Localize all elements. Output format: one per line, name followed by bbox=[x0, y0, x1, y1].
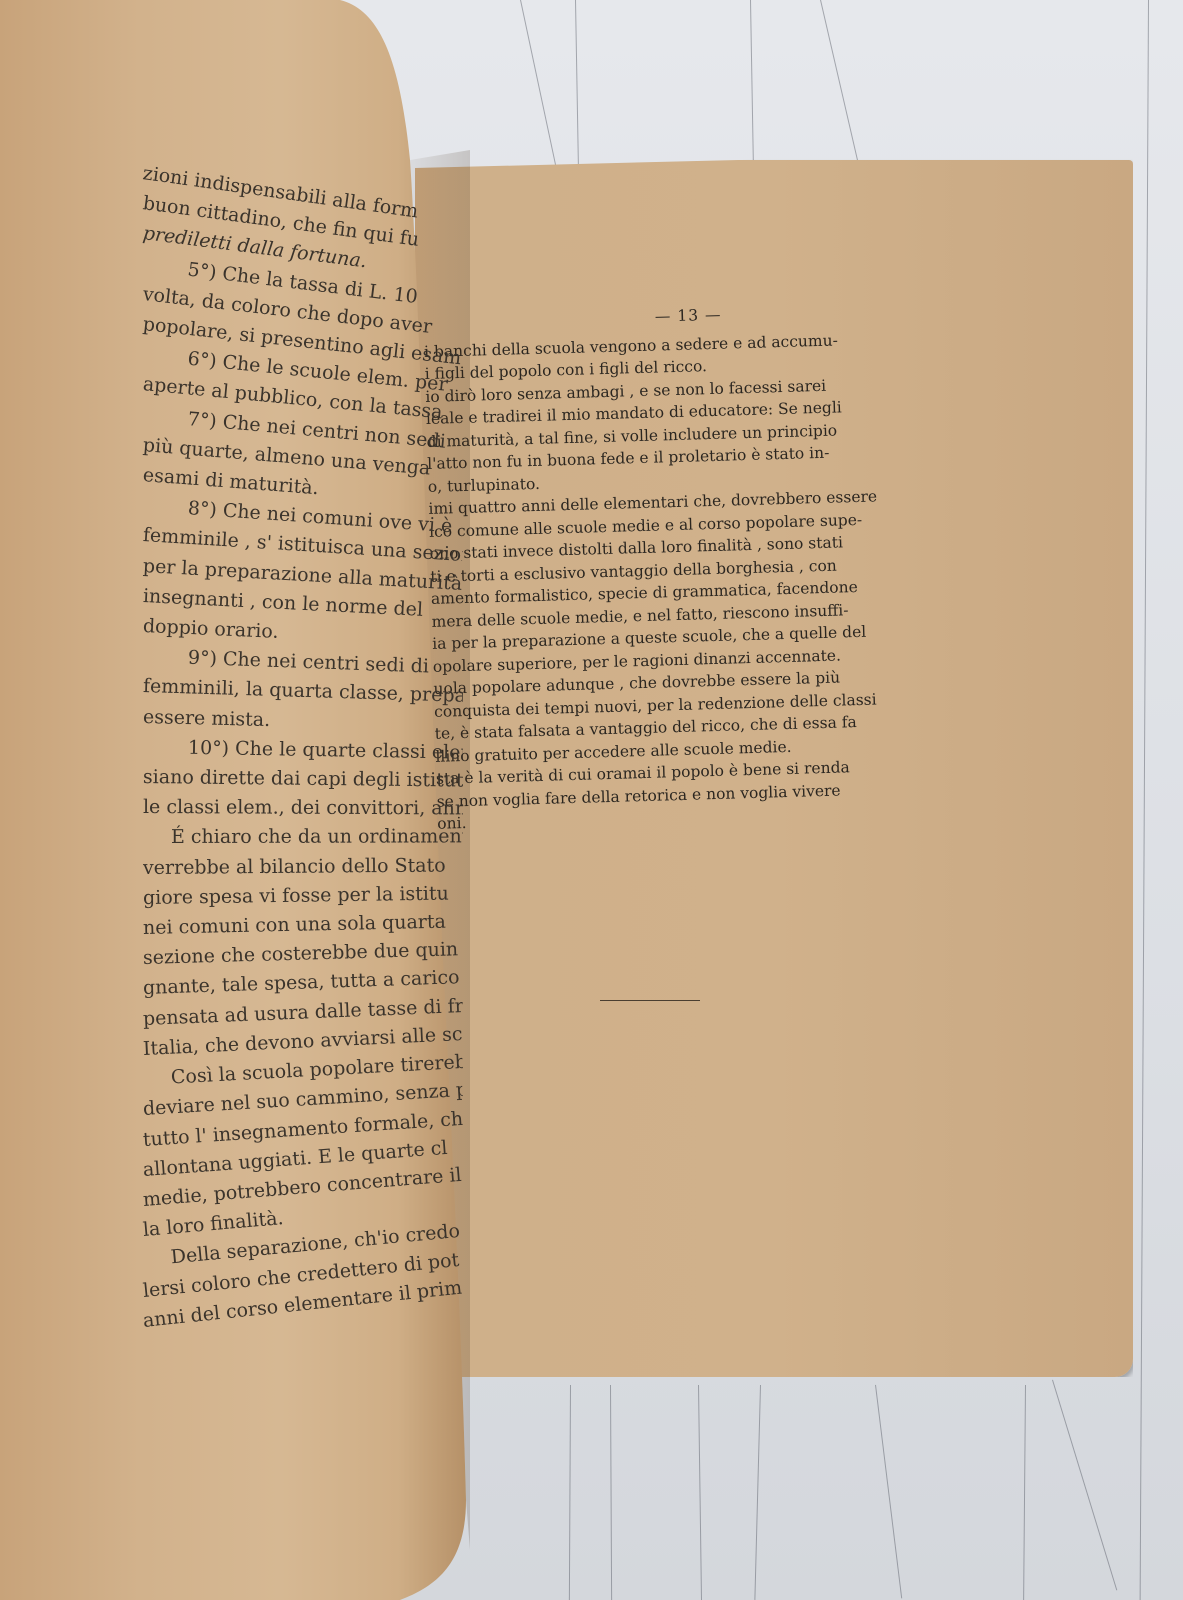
surface-scratch bbox=[569, 1385, 571, 1600]
section-rule bbox=[600, 1000, 700, 1001]
text-line: verrebbe al bilancio dello Stato bbox=[143, 850, 463, 883]
surface-scratch bbox=[575, 0, 579, 190]
surface-scratch bbox=[698, 1385, 702, 1600]
text-line: É chiaro che da un ordinamento bbox=[143, 822, 463, 853]
surface-scratch bbox=[610, 1385, 612, 1600]
right-page-text: — 13 — i banchi della scuola vengono a s… bbox=[423, 298, 927, 835]
left-page-text: zioni indispensabili alla formbuon citta… bbox=[143, 158, 463, 1336]
text-line: le classi elem., dei convittori, ann bbox=[143, 792, 463, 824]
surface-scratch bbox=[754, 1385, 761, 1600]
surface-scratch bbox=[875, 1385, 902, 1599]
right-page-lines: i banchi della scuola vengono a sedere e… bbox=[424, 327, 928, 835]
surface-scratch bbox=[1052, 1380, 1117, 1591]
surface-scratch bbox=[1023, 1385, 1026, 1600]
surface-scratch bbox=[1140, 0, 1149, 1600]
left-page-lines: zioni indispensabili alla formbuon citta… bbox=[143, 158, 463, 1336]
text-line: siano dirette dai capi degli istituti bbox=[143, 762, 463, 796]
surface-scratch bbox=[820, 0, 859, 166]
surface-scratch bbox=[750, 0, 754, 180]
